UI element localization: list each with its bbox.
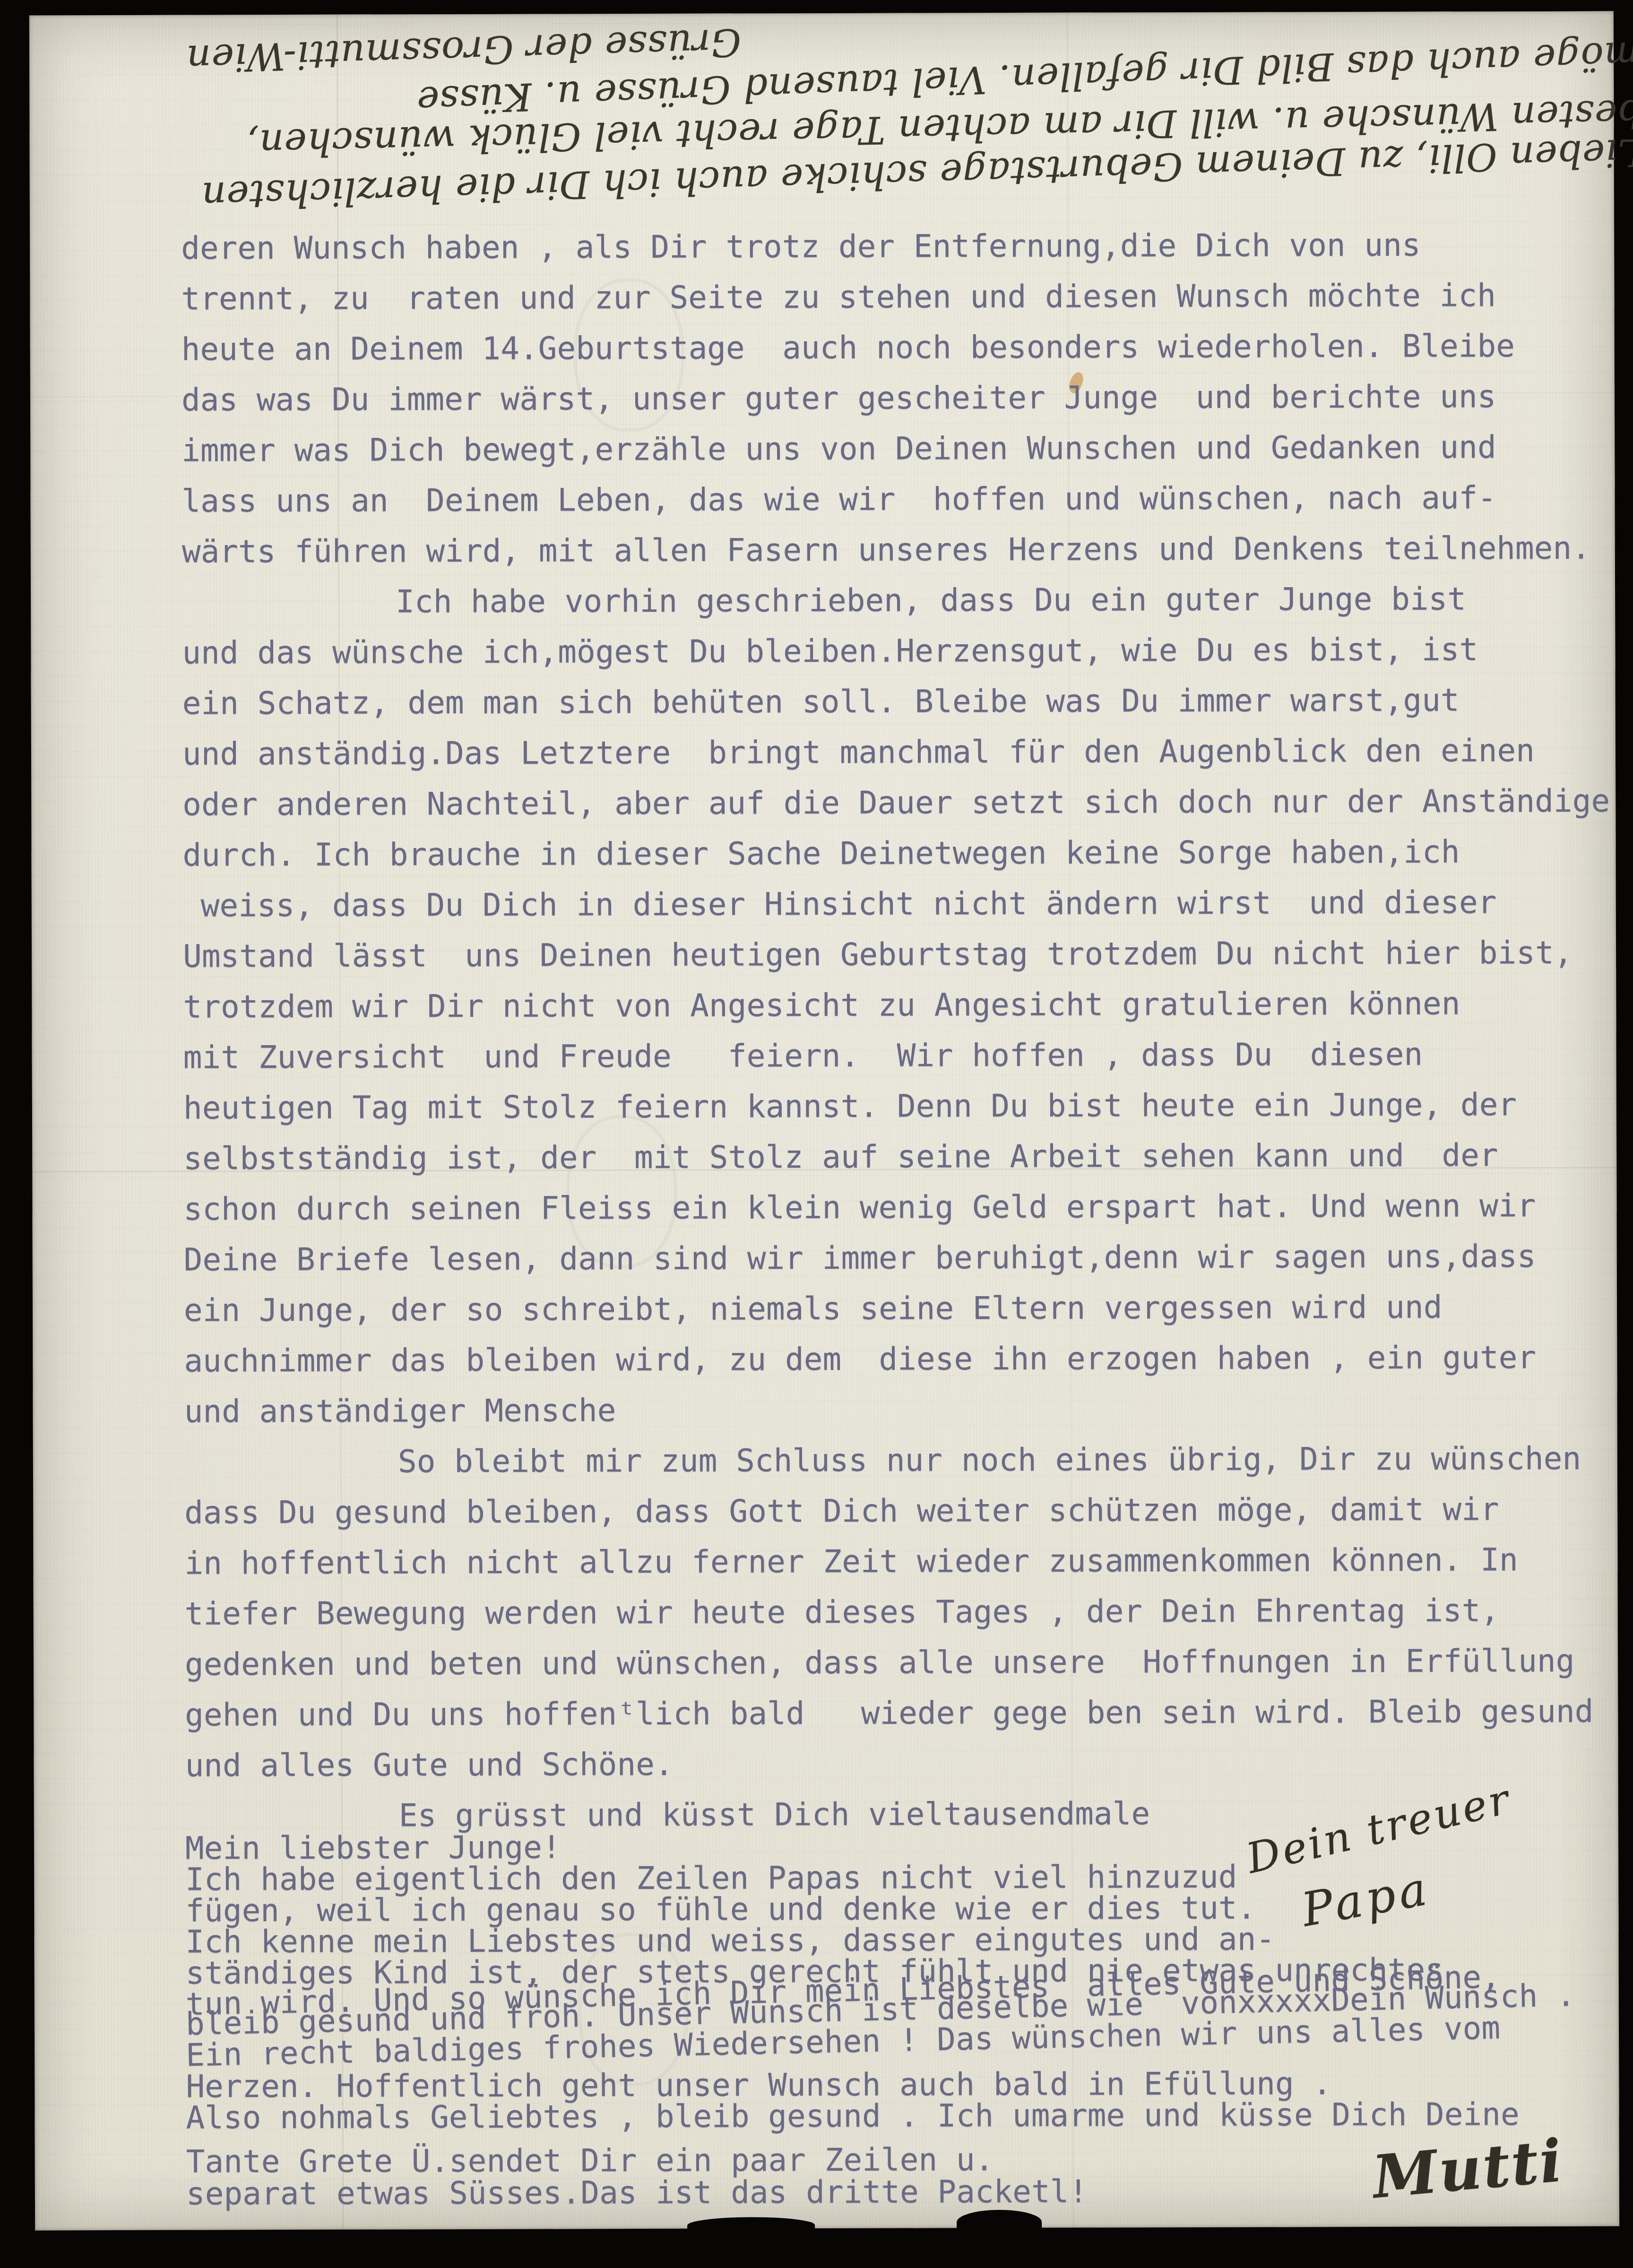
typed-line: und anständiger Mensche: [184, 1383, 1621, 1437]
paper-edge-tear: [687, 2217, 815, 2233]
typed-letter-body: deren Wunsch haben , als Dir trotz der E…: [181, 219, 1622, 1842]
typed-line: heute an Deinem 14.Geburtstage auch noch…: [181, 320, 1618, 375]
typed-line: Also nohmals Geliebtes , bleib gesund . …: [186, 2098, 1633, 2133]
typed-line: Umstand lässt uns Deinen heutigen Geburt…: [183, 927, 1620, 982]
typed-line: lass uns an Deinem Leben, das wie wir ho…: [181, 472, 1618, 527]
typed-line: ein Junge, der so schreibt, niemals sein…: [184, 1281, 1621, 1336]
typed-line: wärts führen wird, mit allen Fasern unse…: [182, 523, 1619, 577]
typed-line: So bleibt mir zum Schluss nur noch eines…: [184, 1433, 1621, 1488]
typed-line: und alles Gute und Schöne.: [185, 1737, 1622, 1791]
typed-line: durch. Ich brauche in dieser Sache Deine…: [182, 826, 1619, 881]
scanned-letter: Lieben Olli, zu Deinem Geburtstage schic…: [0, 0, 1633, 2268]
typed-line: selbstständig ist, der mit Stolz auf sei…: [183, 1130, 1620, 1184]
typed-line: deren Wunsch haben , als Dir trotz der E…: [181, 219, 1618, 274]
typed-line: und das wünsche ich,mögest Du bleiben.He…: [182, 624, 1619, 678]
typed-line: und anständig.Das Letztere bringt manchm…: [182, 725, 1619, 779]
typed-line: auchnimmer das bleiben wird, zu dem dies…: [184, 1332, 1621, 1386]
typed-line: gehen und Du uns hoffenᵗlich bald wieder…: [185, 1686, 1622, 1740]
papa-signature: Dein treuer Papa: [1244, 1804, 1514, 1919]
typed-line: dass Du gesund bleiben, dass Gott Dich w…: [184, 1484, 1621, 1538]
typed-line: trotzdem wir Dir nicht von Angesicht zu …: [183, 978, 1620, 1032]
typed-line: mit Zuversicht und Freude feiern. Wir ho…: [183, 1029, 1620, 1083]
typed-line: Deine Briefe lesen, dann sind wir immer …: [184, 1231, 1621, 1285]
typed-line: oder anderen Nachteil, aber auf die Daue…: [182, 776, 1619, 830]
typed-line: trennt, zu raten und zur Seite zu stehen…: [181, 270, 1618, 324]
typed-line: weiss, dass Du Dich in dieser Hinsicht n…: [183, 877, 1620, 931]
handwritten-note: Lieben Olli, zu Deinem Geburtstage schic…: [41, 0, 1633, 224]
typed-line: in hoffentlich nicht allzu ferner Zeit w…: [184, 1534, 1621, 1589]
typed-line: das was Du immer wärst, unser guter gesc…: [181, 371, 1618, 425]
letter-page: Lieben Olli, zu Deinem Geburtstage schic…: [29, 11, 1619, 2231]
paper-edge-tear: [957, 2210, 1042, 2234]
typed-line: tiefer Bewegung werden wir heute dieses …: [185, 1585, 1622, 1639]
typed-line: Ich habe vorhin geschrieben, dass Du ein…: [182, 573, 1619, 628]
typed-line: gedenken und beten und wünschen, dass al…: [185, 1636, 1622, 1690]
typed-line: heutigen Tag mit Stolz feiern kannst. De…: [183, 1079, 1620, 1134]
typed-line: immer was Dich bewegt,erzähle uns von De…: [181, 422, 1618, 476]
typed-line: schon durch seinen Fleiss ein klein weni…: [183, 1180, 1620, 1235]
typed-line: ein Schatz, dem man sich behüten soll. B…: [182, 675, 1619, 729]
